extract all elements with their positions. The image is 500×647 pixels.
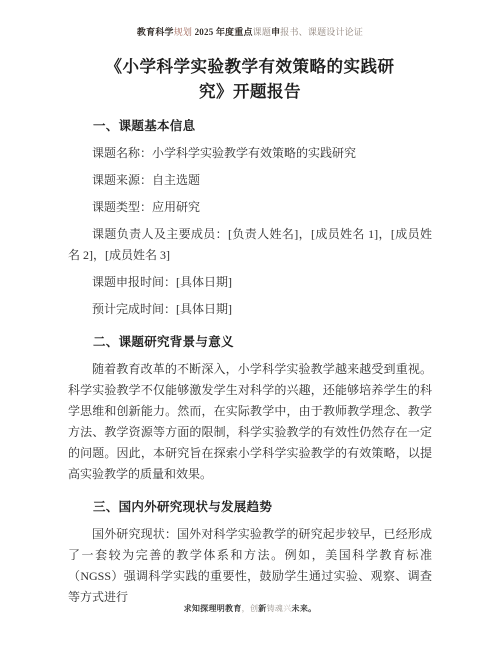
- paragraph-topic-members: 课题负责人及主要成员：[负责人姓名]，[成员姓名 1]，[成员姓名 2]，[成员…: [68, 224, 432, 266]
- section-heading-research-status: 三、国内外研究现状与发展趋势: [68, 497, 432, 518]
- section-heading-background: 二、课题研究背景与意义: [68, 332, 432, 353]
- header-segment: 申: [271, 27, 280, 37]
- paragraph-research-status: 国外研究现状：国外对科学实验教学的研究起步较早，已经形成了一套较为完善的教学体系…: [68, 524, 432, 608]
- header-segment: 2025 年度重点: [192, 27, 253, 37]
- section-heading-basic-info: 一、课题基本信息: [68, 116, 432, 137]
- document-body: 一、课题基本信息 课题名称：小学科学实验教学有效策略的实践研究 课题来源：自主选…: [0, 116, 500, 608]
- document-title: 《小学科学实验教学有效策略的实践研究》开题报告: [99, 54, 401, 104]
- header-segment: 教育科学: [137, 27, 174, 37]
- paragraph-background: 随着教育改革的不断深入，小学科学实验教学越来越受到重视。科学实验教学不仅能够激发…: [68, 359, 432, 485]
- paragraph-topic-name: 课题名称：小学科学实验教学有效策略的实践研究: [68, 143, 432, 164]
- paragraph-topic-type: 课题类型：应用研究: [68, 197, 432, 218]
- footer-segment: 铸魂: [267, 604, 284, 613]
- header-segment: 规划: [174, 27, 192, 37]
- document-header-line: 教育科学规划 2025 年度重点课题申报书、课题设计论证: [0, 26, 500, 38]
- footer-segment: 新: [258, 604, 266, 613]
- footer-segment: ，: [242, 604, 250, 613]
- footer-segment: 兴: [283, 604, 291, 613]
- footer-segment: 求知探理明教育: [184, 604, 242, 613]
- header-segment: 报书、课题设计论证: [280, 27, 363, 37]
- paragraph-apply-date: 课题申报时间：[具体日期]: [68, 272, 432, 293]
- header-segment: 课题: [253, 27, 271, 37]
- paragraph-finish-date: 预计完成时间：[具体日期]: [68, 299, 432, 320]
- footer-segment: 未来。: [292, 604, 317, 613]
- paragraph-topic-source: 课题来源：自主选题: [68, 170, 432, 191]
- document-footer-line: 求知探理明教育，创新铸魂兴未来。: [0, 603, 500, 614]
